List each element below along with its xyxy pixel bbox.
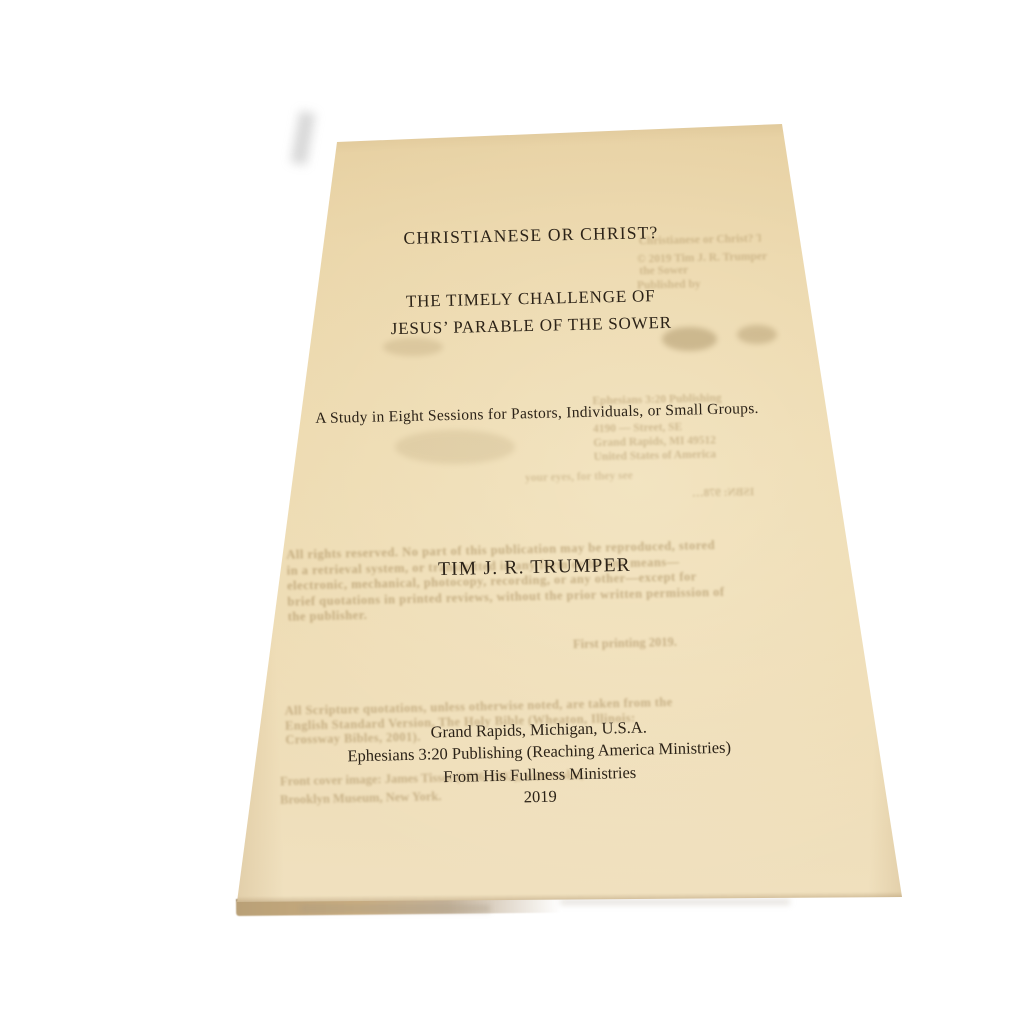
- bleedthrough-smudge: [395, 430, 515, 464]
- bottom-shadow-right: [560, 899, 790, 905]
- bleedthrough-scripture-fragment: your eyes, for they see: [525, 470, 633, 484]
- booklet-front-cover: Christianese or Christ? The Timely Chall…: [237, 124, 902, 919]
- book-imprint: Grand Rapids, Michigan, U.S.A. Ephesians…: [291, 713, 788, 814]
- bleedthrough-printing: First printing 2019.: [573, 635, 677, 652]
- bleedthrough-isbn: ISBN: 978…: [692, 486, 755, 499]
- corner-shadow: [291, 111, 316, 165]
- book-photo: Christianese or Christ? The Timely Chall…: [0, 0, 1028, 1028]
- book-subtitle-lines: THE TIMELY CHALLENGE OF JESUS’ PARABLE O…: [295, 281, 766, 345]
